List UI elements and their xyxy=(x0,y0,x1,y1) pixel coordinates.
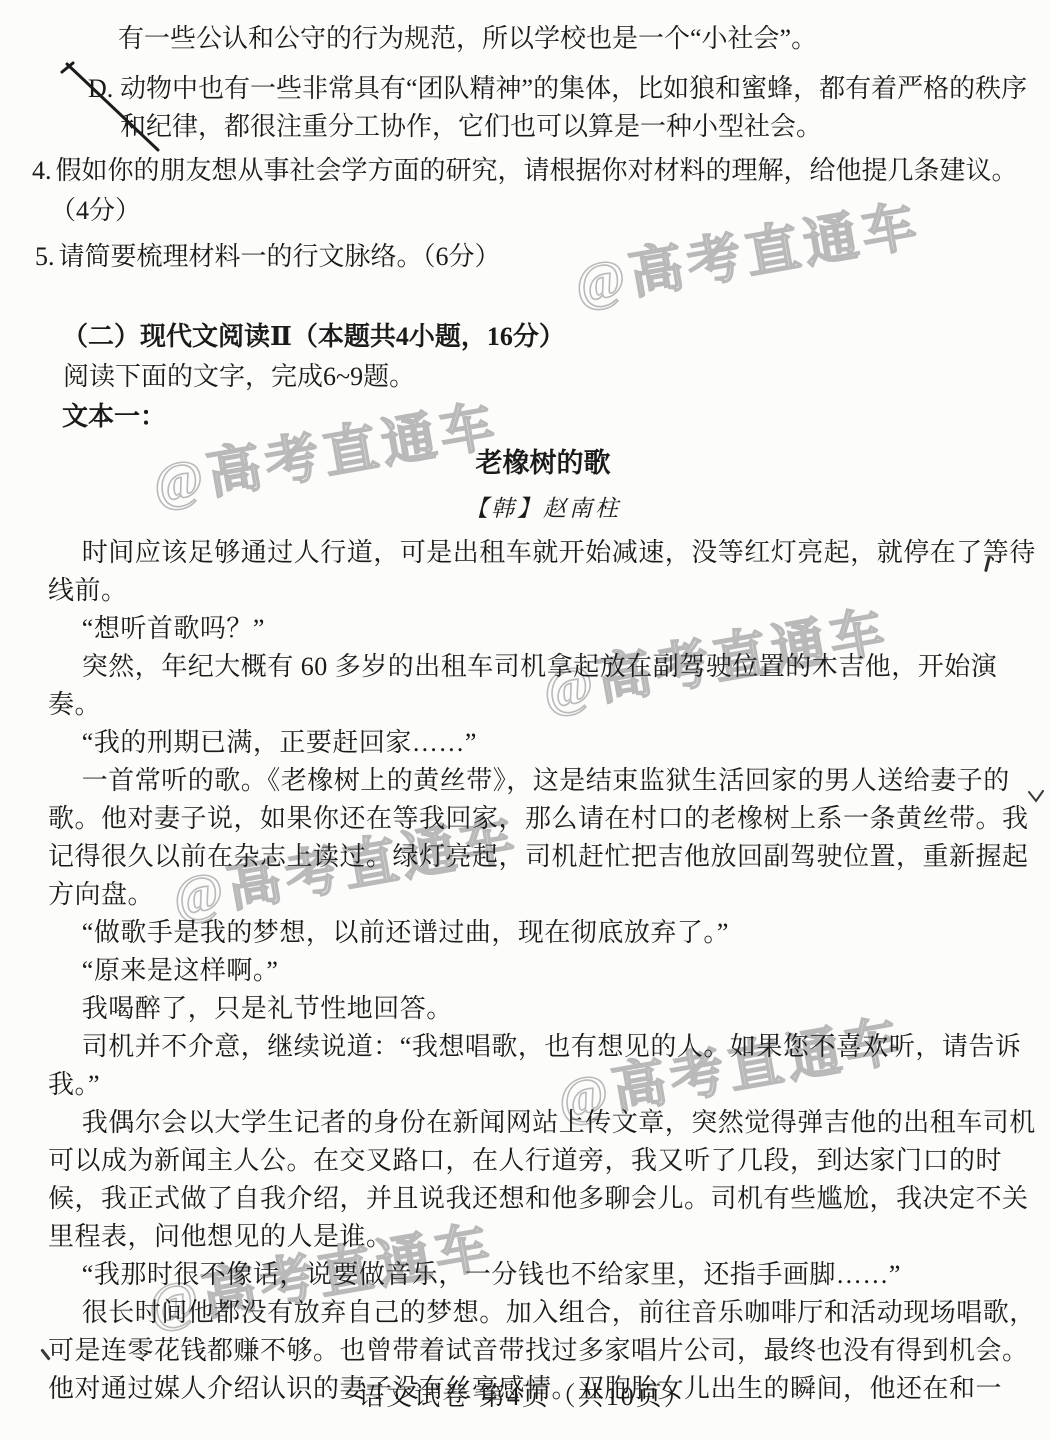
option-c-continuation: 有一些公认和公守的行为规范，所以学校也是一个“小社会”。 xyxy=(118,20,1038,58)
story-paragraph: “原来是这样啊。” xyxy=(48,952,1038,990)
question-4: 4.假如你的朋友想从事社会学方面的研究，请根据你对材料的理解，给他提几条建议。 xyxy=(32,152,1038,190)
question-4-score: （4分） xyxy=(50,192,1038,230)
question-5-number: 5. xyxy=(35,242,59,271)
option-d: D.动物中也有一些非常具有“团队精神”的集体，比如狼和蜜蜂，都有着严格的秩序和纪… xyxy=(88,70,1038,146)
section-2-instruction: 阅读下面的文字，完成6~9题。 xyxy=(63,358,1038,396)
story-author: 【韩】赵南柱 xyxy=(48,490,1038,528)
text-1-label: 文本一： xyxy=(62,398,1038,436)
story-paragraph: 我喝醉了，只是礼节性地回答。 xyxy=(48,990,1038,1028)
question-4-number: 4. xyxy=(32,156,56,185)
story-title: 老橡树的歌 xyxy=(48,444,1038,482)
story-body: 时间应该足够通过人行道，可是出租车就开始减速，没等红灯亮起，就停在了等待线前。 … xyxy=(48,534,1038,1408)
question-5-text: 请简要梳理材料一的行文脉络。（6分） xyxy=(59,242,501,271)
option-d-text: 动物中也有一些非常具有“团队精神”的集体，比如狼和蜜蜂，都有着严格的秩序和纪律，… xyxy=(120,74,1027,141)
section-2-header: （二）现代文阅读Ⅱ（本题共4小题，16分） xyxy=(62,318,1038,356)
page-content: 有一些公认和公守的行为规范，所以学校也是一个“小社会”。 D.动物中也有一些非常… xyxy=(48,20,1038,1408)
page-footer: 语文试卷 第4页（共10页） xyxy=(0,1376,1050,1413)
page-footer-text: 语文试卷 第4页（共10页） xyxy=(358,1382,692,1411)
story-paragraph: 司机并不介意，继续说道：“我想唱歌，也有想见的人。如果您不喜欢听，请告诉我。” xyxy=(48,1028,1038,1104)
question-5: 5.请简要梳理材料一的行文脉络。（6分） xyxy=(35,238,1038,276)
story-paragraph: 突然，年纪大概有 60 多岁的出租车司机拿起放在副驾驶位置的木吉他，开始演奏。 xyxy=(48,648,1038,724)
exam-paper-page: @高考直通车 @高考直通车 @高考直通车 @高考直通车 @高考直通车 @高考直通… xyxy=(0,0,1050,1440)
story-paragraph: 时间应该足够通过人行道，可是出租车就开始减速，没等红灯亮起，就停在了等待线前。 xyxy=(48,534,1038,610)
story-paragraph: “做歌手是我的梦想，以前还谱过曲，现在彻底放弃了。” xyxy=(48,914,1038,952)
story-paragraph: “我那时很不像话，说要做音乐，一分钱也不给家里，还指手画脚……” xyxy=(48,1256,1038,1294)
story-paragraph: “我的刑期已满，正要赶回家……” xyxy=(48,724,1038,762)
question-4-text: 假如你的朋友想从事社会学方面的研究，请根据你对材料的理解，给他提几条建议。 xyxy=(56,156,1018,185)
story-paragraph: 我偶尔会以大学生记者的身份在新闻网站上传文章，突然觉得弹吉他的出租车司机可以成为… xyxy=(48,1104,1038,1256)
pen-slash-icon xyxy=(58,58,170,160)
story-paragraph: 一首常听的歌。《老橡树上的黄丝带》，这是结束监狱生活回家的男人送给妻子的歌。他对… xyxy=(48,762,1038,914)
story-paragraph: “想听首歌吗？” xyxy=(48,610,1038,648)
pen-check-icon xyxy=(1028,790,1044,803)
